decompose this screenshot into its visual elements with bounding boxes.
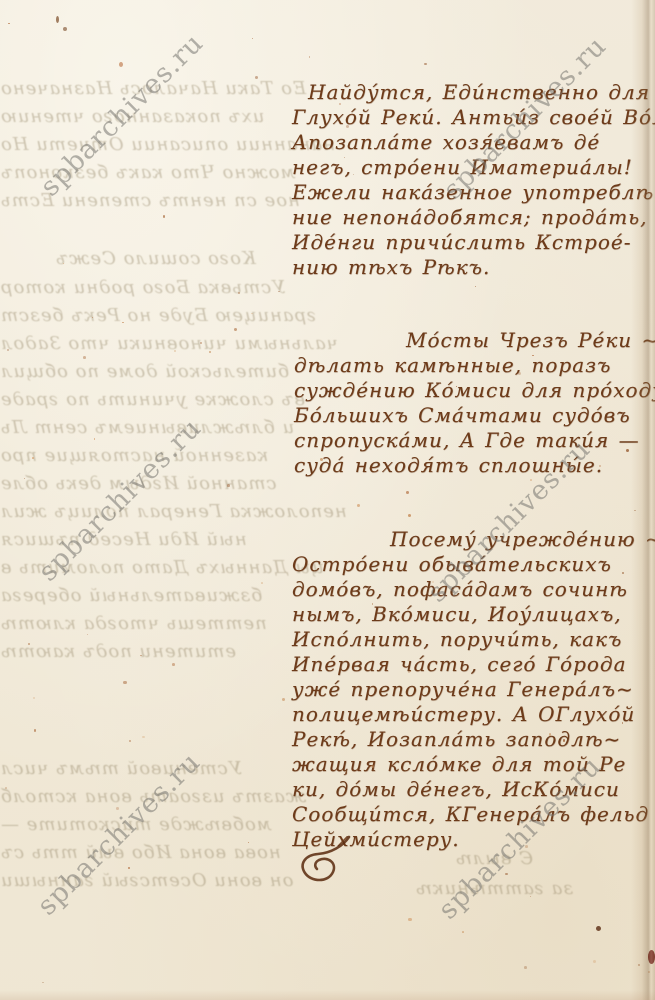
- paper-speck: [357, 504, 360, 507]
- ink-stain: [56, 16, 59, 23]
- bleed-line: неположка Генерал полицъ жил: [0, 501, 347, 522]
- paragraph-3: Посему́ учрежде́нию ~Остро́ени обыва́тел…: [292, 527, 655, 852]
- paragraph-2: Мо́сты Чрезъ Ре́ки ~дѣлать камѣнные, пор…: [294, 328, 655, 478]
- paper-speck: [524, 966, 527, 969]
- paper-speck: [234, 328, 237, 331]
- paper-speck: [129, 740, 131, 742]
- paper-speck: [406, 491, 409, 494]
- bleed-line: Устенивой тѣмъ числ: [0, 758, 242, 779]
- bleed-line: мобвѣжде тискотите —: [0, 814, 272, 835]
- paper-speck: [8, 23, 10, 25]
- paper-speck: [200, 342, 202, 344]
- text-line: домо́въ, пофаса́дамъ сочинѣ: [292, 577, 655, 602]
- paper-speck: [341, 732, 342, 733]
- ink-stain: [596, 926, 601, 931]
- paper-speck: [238, 292, 240, 294]
- paper-speck: [347, 387, 348, 388]
- paper-speck: [474, 337, 477, 340]
- text-line: полицемѣи́стеру. А ОГлухо́й: [292, 702, 655, 727]
- bleed-line: Ео Таки Началось Назначено: [0, 78, 306, 99]
- paper-speck: [309, 56, 310, 57]
- text-line: Апозапла́те хозя́евамъ де́: [292, 130, 655, 155]
- paper-speck: [87, 634, 88, 635]
- paper-speck: [34, 729, 36, 731]
- text-line: Бо́льшихъ Сма́чтами судо́въ: [294, 403, 655, 428]
- paper-speck: [252, 38, 253, 39]
- bleed-line: нова вона Ибо вый тть съ: [0, 842, 281, 863]
- text-line: Мо́сты Чрезъ Ре́ки ~: [406, 328, 655, 353]
- bleed-line: петтешь чтогда клютѣ: [0, 613, 267, 634]
- text-line: Ежели нака́зенное употреблѣ: [292, 180, 655, 205]
- bleed-line: и блѣжливыниемъ сент Ль: [0, 417, 294, 438]
- paper-speck: [33, 697, 34, 698]
- text-line: ки, до́мы де́негъ, ИсКо́миси: [292, 777, 655, 802]
- flourish-mark: [297, 833, 355, 887]
- bleed-line: чальными чиновники что Задол: [0, 333, 338, 354]
- paper-speck: [549, 733, 551, 735]
- paper-speck: [475, 286, 477, 288]
- paper-speck: [172, 663, 175, 666]
- text-line: дѣлать камѣнные, поразъ: [294, 353, 655, 378]
- paper-speck: [163, 215, 166, 218]
- paper-speck: [123, 681, 126, 684]
- paragraph-1: Найду́тся, Еди́нственно дляГлухо́й Реки́…: [292, 80, 655, 280]
- paper-speck: [505, 873, 508, 876]
- bleed-line: границею Буде но Рекъ безст: [0, 305, 316, 326]
- text-line: жащия ксло́мке для той Ре: [292, 752, 655, 777]
- page-edge-bottom: [0, 990, 655, 1000]
- text-line: нию тѣхъ Рѣкъ.: [292, 255, 655, 280]
- bleed-line: етитени подъ каютѣ: [0, 641, 236, 662]
- paper-speck: [372, 603, 373, 604]
- bleed-line: казенной настоящие про: [0, 445, 268, 466]
- manuscript-page: Ео Таки Началось Назначеноихъ показанног…: [0, 0, 655, 1000]
- text-line: Остро́ени обыва́тельскихъ: [292, 552, 655, 577]
- bleed-line: ихъ показанного чтению: [0, 106, 264, 127]
- text-line: Сообщи́тся, КГенера́лъ фельд: [292, 802, 655, 827]
- text-line: уже́ препоруче́на Генера́лъ~: [292, 677, 655, 702]
- paper-speck: [344, 157, 345, 158]
- text-line: Посему́ учрежде́нию ~: [390, 527, 655, 552]
- paper-speck: [251, 313, 253, 315]
- bleed-line: можно Что какъ безконопъ: [0, 162, 295, 183]
- text-line: ние непона́добятся; прода́ть,: [292, 205, 655, 230]
- paper-speck: [462, 931, 464, 933]
- paper-speck: [530, 479, 532, 481]
- paper-speck: [593, 960, 596, 963]
- bleed-line: въ сложке учинить по граде: [0, 389, 305, 410]
- text-line: Иде́нги причи́слить Кстрое́-: [292, 230, 655, 255]
- text-line: сужде́нию Ко́миси для про́ходу: [294, 378, 655, 403]
- bleed-line: бзживательный оберега: [0, 585, 262, 606]
- paper-speck: [28, 643, 30, 645]
- text-line: спропуска́ми, А Где таки́я —: [294, 428, 655, 453]
- bleed-line: бительской доме по общил: [0, 361, 289, 382]
- paper-speck: [42, 982, 43, 983]
- ink-stain: [119, 62, 123, 67]
- paper-speck: [405, 119, 407, 121]
- paper-speck: [94, 438, 96, 440]
- bleed-line: ный Иди Несед пъшися: [0, 529, 247, 550]
- text-line: нымъ, Вко́миси, Иоу́лицахъ,: [292, 602, 655, 627]
- paper-speck: [282, 698, 285, 701]
- paper-speck: [408, 918, 411, 921]
- paper-speck: [599, 465, 601, 467]
- paper-speck: [128, 867, 130, 869]
- bleed-line: нананнии описании Отчети Но: [0, 134, 335, 155]
- bleed-line: Устьвка Бого родни котор: [0, 277, 285, 298]
- bleed-line: за гаттѣникѣ: [415, 878, 573, 899]
- text-line: Найду́тся, Еди́нственно для: [308, 80, 655, 105]
- bleed-line: Кого сошило Сежъ: [55, 248, 256, 269]
- paper-speck: [532, 355, 533, 356]
- paper-speck: [353, 174, 354, 175]
- bleed-line: станной Игдым декь обле: [0, 473, 277, 494]
- paper-speck: [83, 356, 86, 359]
- paper-speck: [622, 722, 623, 723]
- bleed-line: жазтъ изгоать вона кстолб: [0, 786, 306, 807]
- bleed-line: ное сп нентъ степени Есть: [0, 190, 300, 211]
- text-line: Испо́лнить, поручи́ть, какъ: [292, 627, 655, 652]
- text-line: негъ, стро́ени Иматериа́лы!: [292, 155, 655, 180]
- paper-speck: [174, 350, 176, 352]
- text-line: Рекѣ́, Иозапла́ть заподлѣ~: [292, 727, 655, 752]
- paper-speck: [261, 582, 263, 584]
- bleed-line: цы Данныхъ Дато поломить в: [0, 557, 324, 578]
- ink-stain: [63, 27, 67, 31]
- paper-speck: [142, 736, 145, 739]
- paper-speck: [116, 807, 119, 810]
- text-line: Ипе́рвая ча́сть, сего́ Го́рода: [292, 652, 655, 677]
- bleed-line: он вони Осетсгый ганныши: [0, 870, 293, 891]
- paper-speck: [424, 63, 426, 65]
- paper-speck: [32, 457, 34, 459]
- paper-speck: [227, 484, 230, 487]
- paper-speck: [255, 76, 258, 79]
- paper-speck: [561, 462, 562, 463]
- page-edge-right: [631, 0, 655, 1000]
- paper-speck: [525, 845, 528, 848]
- paper-speck: [408, 514, 411, 517]
